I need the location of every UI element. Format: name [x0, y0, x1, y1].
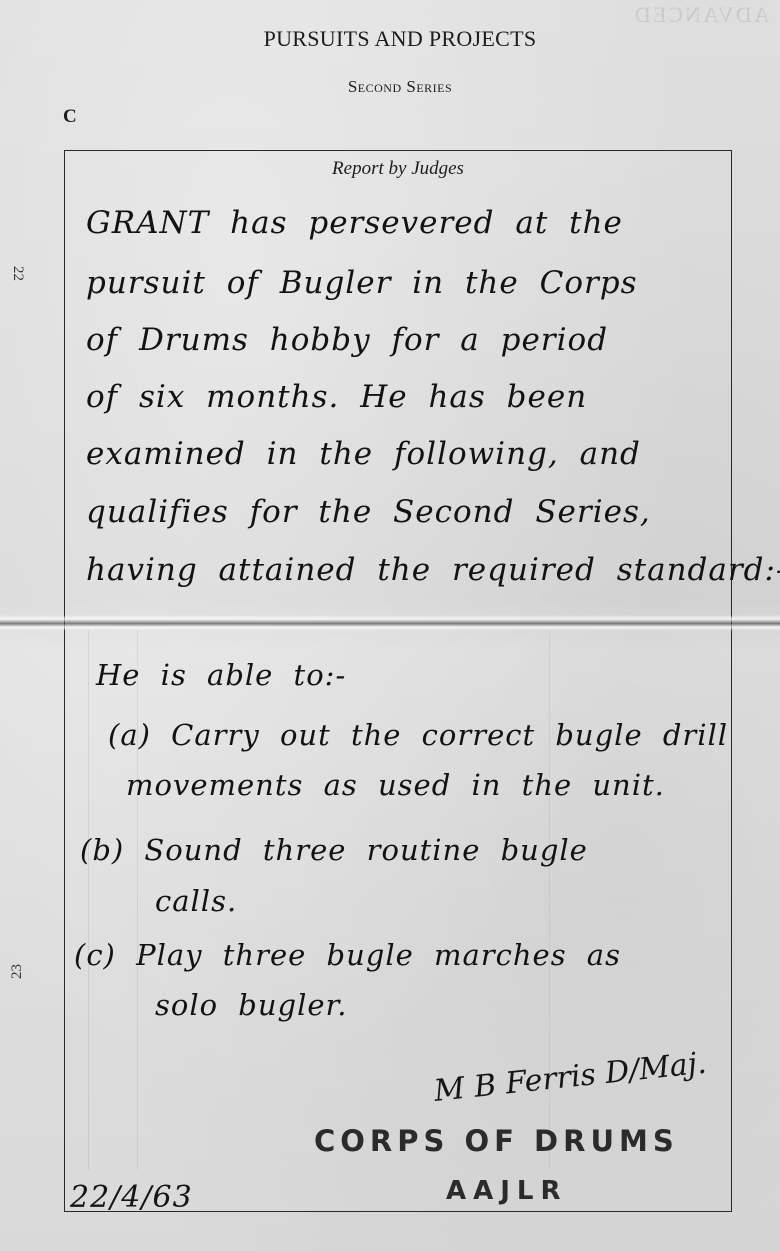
- paper-fold-crease: [0, 615, 780, 631]
- series-subtitle: Second Series: [0, 77, 780, 97]
- section-letter: C: [63, 106, 77, 128]
- ability-item-c: (c) Play three bugle marches as: [74, 938, 621, 972]
- ability-marker: (a): [108, 718, 151, 752]
- unit-stamp-line1: CORPS OF DRUMS: [314, 1124, 679, 1158]
- running-head: PURSUITS AND PROJECTS: [0, 26, 780, 52]
- ability-text: Play three bugle marches as: [136, 938, 621, 972]
- report-date: 22/4/63: [70, 1180, 193, 1215]
- report-body-line: examined in the following, and: [86, 436, 641, 472]
- abilities-intro: He is able to:-: [96, 658, 346, 692]
- ability-item-a: (a) Carry out the correct bugle drill: [108, 718, 728, 752]
- unit-stamp-line2: AAJLR: [446, 1176, 568, 1206]
- ability-item-b: (b) Sound three routine bugle: [80, 833, 588, 867]
- ability-item-a-continued: movements as used in the unit.: [126, 768, 665, 802]
- report-title: Report by Judges: [65, 158, 731, 180]
- report-body-line: having attained the required standard:-: [86, 552, 780, 588]
- margin-page-number-lower: 23: [9, 964, 26, 979]
- report-body-line: of six months. He has been: [86, 379, 587, 415]
- ability-text: Sound three routine bugle: [144, 833, 587, 867]
- ability-marker: (c): [74, 938, 116, 972]
- ability-text: Carry out the correct bugle drill: [171, 718, 728, 752]
- ability-item-b-continued: calls.: [155, 884, 237, 918]
- report-body-line: pursuit of Bugler in the Corps: [86, 265, 638, 301]
- report-body-line: GRANT has persevered at the: [86, 205, 623, 241]
- margin-page-number-upper: 22: [9, 266, 26, 281]
- ability-item-c-continued: solo bugler.: [155, 988, 347, 1022]
- report-body-line: qualifies for the Second Series,: [86, 494, 651, 530]
- show-through-text: ADVANCED: [633, 2, 770, 28]
- report-body-line: of Drums hobby for a period: [86, 322, 608, 358]
- ability-marker: (b): [80, 833, 124, 867]
